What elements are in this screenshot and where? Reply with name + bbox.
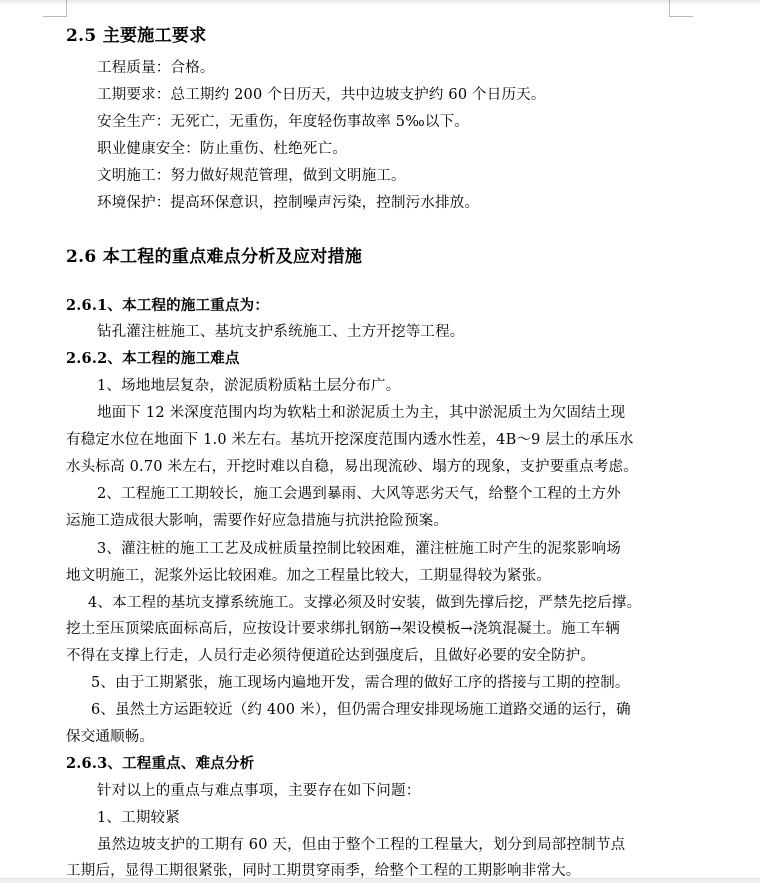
- paragraph-safety: 安全生产：无死亡，无重伤，年度轻伤事故率 5‰以下。: [97, 112, 707, 132]
- paragraph-line: 水头标高 0.70 米左右，开挖时难以自稳，易出现流砂、塌方的现象，支护要重点考…: [66, 457, 676, 477]
- paragraph-environment: 环境保护：提高环保意识，控制噪声污染，控制污水排放。: [97, 193, 707, 213]
- crop-mark-right-horizontal: [669, 16, 693, 17]
- paragraph-civilized: 文明施工：努力做好规范管理，做到文明施工。: [97, 166, 707, 186]
- paragraph-line: 1、工期较紧: [97, 808, 707, 828]
- section-heading-2-5: 2.5 主要施工要求: [66, 26, 676, 46]
- paragraph-line: 地文明施工，泥浆外运比较困难。加之工程量比较大，工期显得较为紧张。: [66, 566, 676, 586]
- paragraph-quality: 工程质量：合格。: [97, 58, 707, 78]
- crop-mark-right-vertical: [669, 0, 670, 16]
- paragraph-line: 3、灌注桩的施工工艺及成桩质量控制比较困难，灌注桩施工时产生的泥浆影响场: [97, 539, 707, 559]
- paragraph-line: 1、场地地层复杂，淤泥质粉质粘土层分布广。: [97, 376, 707, 396]
- paragraph-line: 保交通顺畅。: [66, 727, 676, 747]
- paragraph-line: 不得在支撑上行走，人员行走必须待便道砼达到强度后，且做好必要的安全防护。: [66, 646, 676, 666]
- paragraph-line: 针对以上的重点与难点事项，主要存在如下问题：: [97, 781, 707, 801]
- paragraph-health: 职业健康安全：防止重伤、杜绝死亡。: [97, 139, 707, 159]
- crop-mark-left-horizontal: [43, 16, 67, 17]
- paragraph-line: 有稳定水位在地面下 1.0 米左右。基坑开挖深度范围内透水性差，4B～9 层土的…: [66, 430, 676, 450]
- paragraph-line: 挖土至压顶梁底面标高后，应按设计要求绑扎钢筋→架设模板→浇筑混凝土。施工车辆: [66, 619, 676, 639]
- paragraph-line: 运施工造成很大影响，需要作好应急措施与抗洪抢险预案。: [66, 511, 676, 531]
- section-heading-2-6: 2.6 本工程的重点难点分析及应对措施: [66, 247, 676, 267]
- paragraph-schedule: 工期要求：总工期约 200 个日历天，共中边坡支护约 60 个日历天。: [97, 85, 707, 105]
- subsection-heading-2-6-2: 2.6.2、本工程的施工难点: [66, 349, 676, 369]
- page-top-edge: [0, 0, 760, 5]
- page-bottom-edge: [0, 878, 760, 883]
- paragraph-line: 5、由于工期紧张，施工现场内遍地开发，需合理的做好工序的搭接与工期的控制。: [91, 673, 701, 693]
- paragraph-line: 6、虽然土方运距较近（约 400 米），但仍需合理安排现场施工道路交通的运行，确: [91, 700, 701, 720]
- paragraph-line: 虽然边坡支护的工期有 60 天，但由于整个工程的工程量大，划分到局部控制节点: [97, 835, 707, 855]
- paragraph-line: 2、工程施工工期较长，施工会遇到暴雨、大风等恶劣天气，给整个工程的土方外: [97, 484, 707, 504]
- paragraph-line: 4、本工程的基坑支撑系统施工。支撑必须及时安装，做到先撑后挖，严禁先挖后撑。: [88, 593, 698, 613]
- crop-mark-left-vertical: [66, 0, 67, 16]
- paragraph-line: 地面下 12 米深度范围内均为软粘土和淤泥质土为主，其中淤泥质土为欠固结土现: [97, 403, 707, 423]
- subsection-heading-2-6-3: 2.6.3、工程重点、难点分析: [66, 754, 676, 774]
- paragraph-key-points: 钻孔灌注桩施工、基坑支护系统施工、土方开挖等工程。: [97, 322, 707, 342]
- subsection-heading-2-6-1: 2.6.1、本工程的施工重点为：: [66, 296, 676, 316]
